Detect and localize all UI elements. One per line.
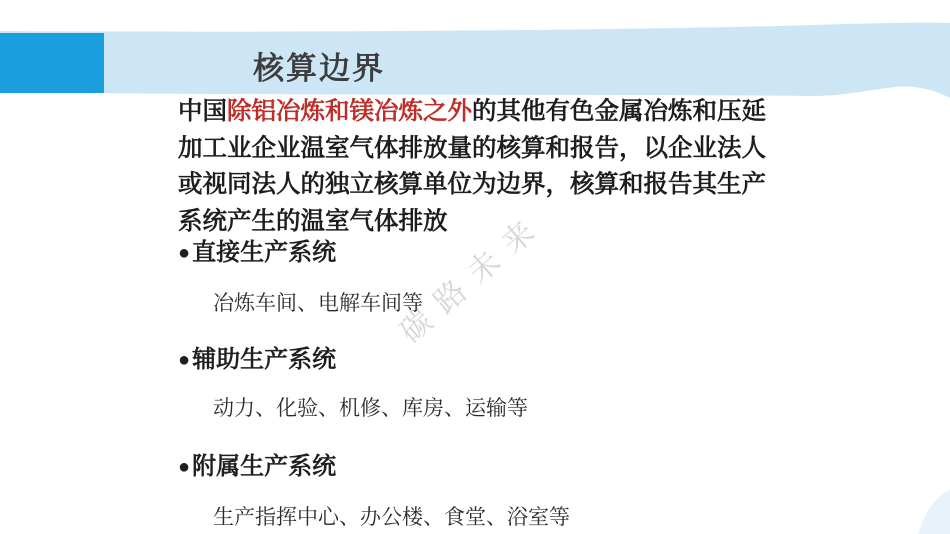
page-title: 核算边界 bbox=[253, 51, 385, 87]
body-paragraph: 中国除铝冶炼和镁冶炼之外的其他有色金属冶炼和压延 加工业企业温室气体排放量的核算… bbox=[178, 94, 818, 240]
header-accent-block bbox=[0, 33, 104, 93]
presentation-slide: 碳路未来 核算边界 中国除铝冶炼和镁冶炼之外的其他有色金属冶炼和压延 加工业企业… bbox=[0, 0, 950, 534]
body-line1-suffix: 的其他有色金属冶炼和压延 bbox=[472, 98, 766, 125]
bullet-dot-icon: ● bbox=[178, 242, 190, 264]
body-line4: 系统产生的温室气体排放 bbox=[178, 208, 448, 235]
header-band-shape bbox=[0, 23, 950, 98]
body-line1-highlight: 除铝冶炼和镁冶炼之外 bbox=[227, 98, 472, 125]
body-line1-prefix: 中国 bbox=[178, 98, 227, 125]
body-line2: 加工业企业温室气体排放量的核算和报告，以企业法人 bbox=[178, 135, 766, 162]
body-line3: 或视同法人的独立核算单位为边界，核算和报告其生产 bbox=[178, 171, 766, 198]
bullet-label: 辅助生产系统 bbox=[192, 346, 336, 373]
bullet-detail-affiliated-production: 生产指挥中心、办公楼、食堂、浴室等 bbox=[213, 505, 570, 530]
corner-wave-shape bbox=[918, 489, 950, 534]
bullet-item-affiliated-production: ●附属生产系统 bbox=[178, 453, 336, 481]
bullet-detail-direct-production: 冶炼车间、电解车间等 bbox=[213, 291, 423, 316]
bullet-dot-icon: ● bbox=[178, 456, 190, 478]
bullet-detail-auxiliary-production: 动力、化验、机修、库房、运输等 bbox=[213, 396, 528, 421]
bullet-dot-icon: ● bbox=[178, 349, 190, 371]
bullet-label: 直接生产系统 bbox=[192, 239, 336, 266]
bullet-label: 附属生产系统 bbox=[192, 453, 336, 480]
bullet-item-auxiliary-production: ●辅助生产系统 bbox=[178, 346, 336, 374]
bullet-item-direct-production: ●直接生产系统 bbox=[178, 239, 336, 267]
slide-background-decorations bbox=[0, 0, 950, 534]
